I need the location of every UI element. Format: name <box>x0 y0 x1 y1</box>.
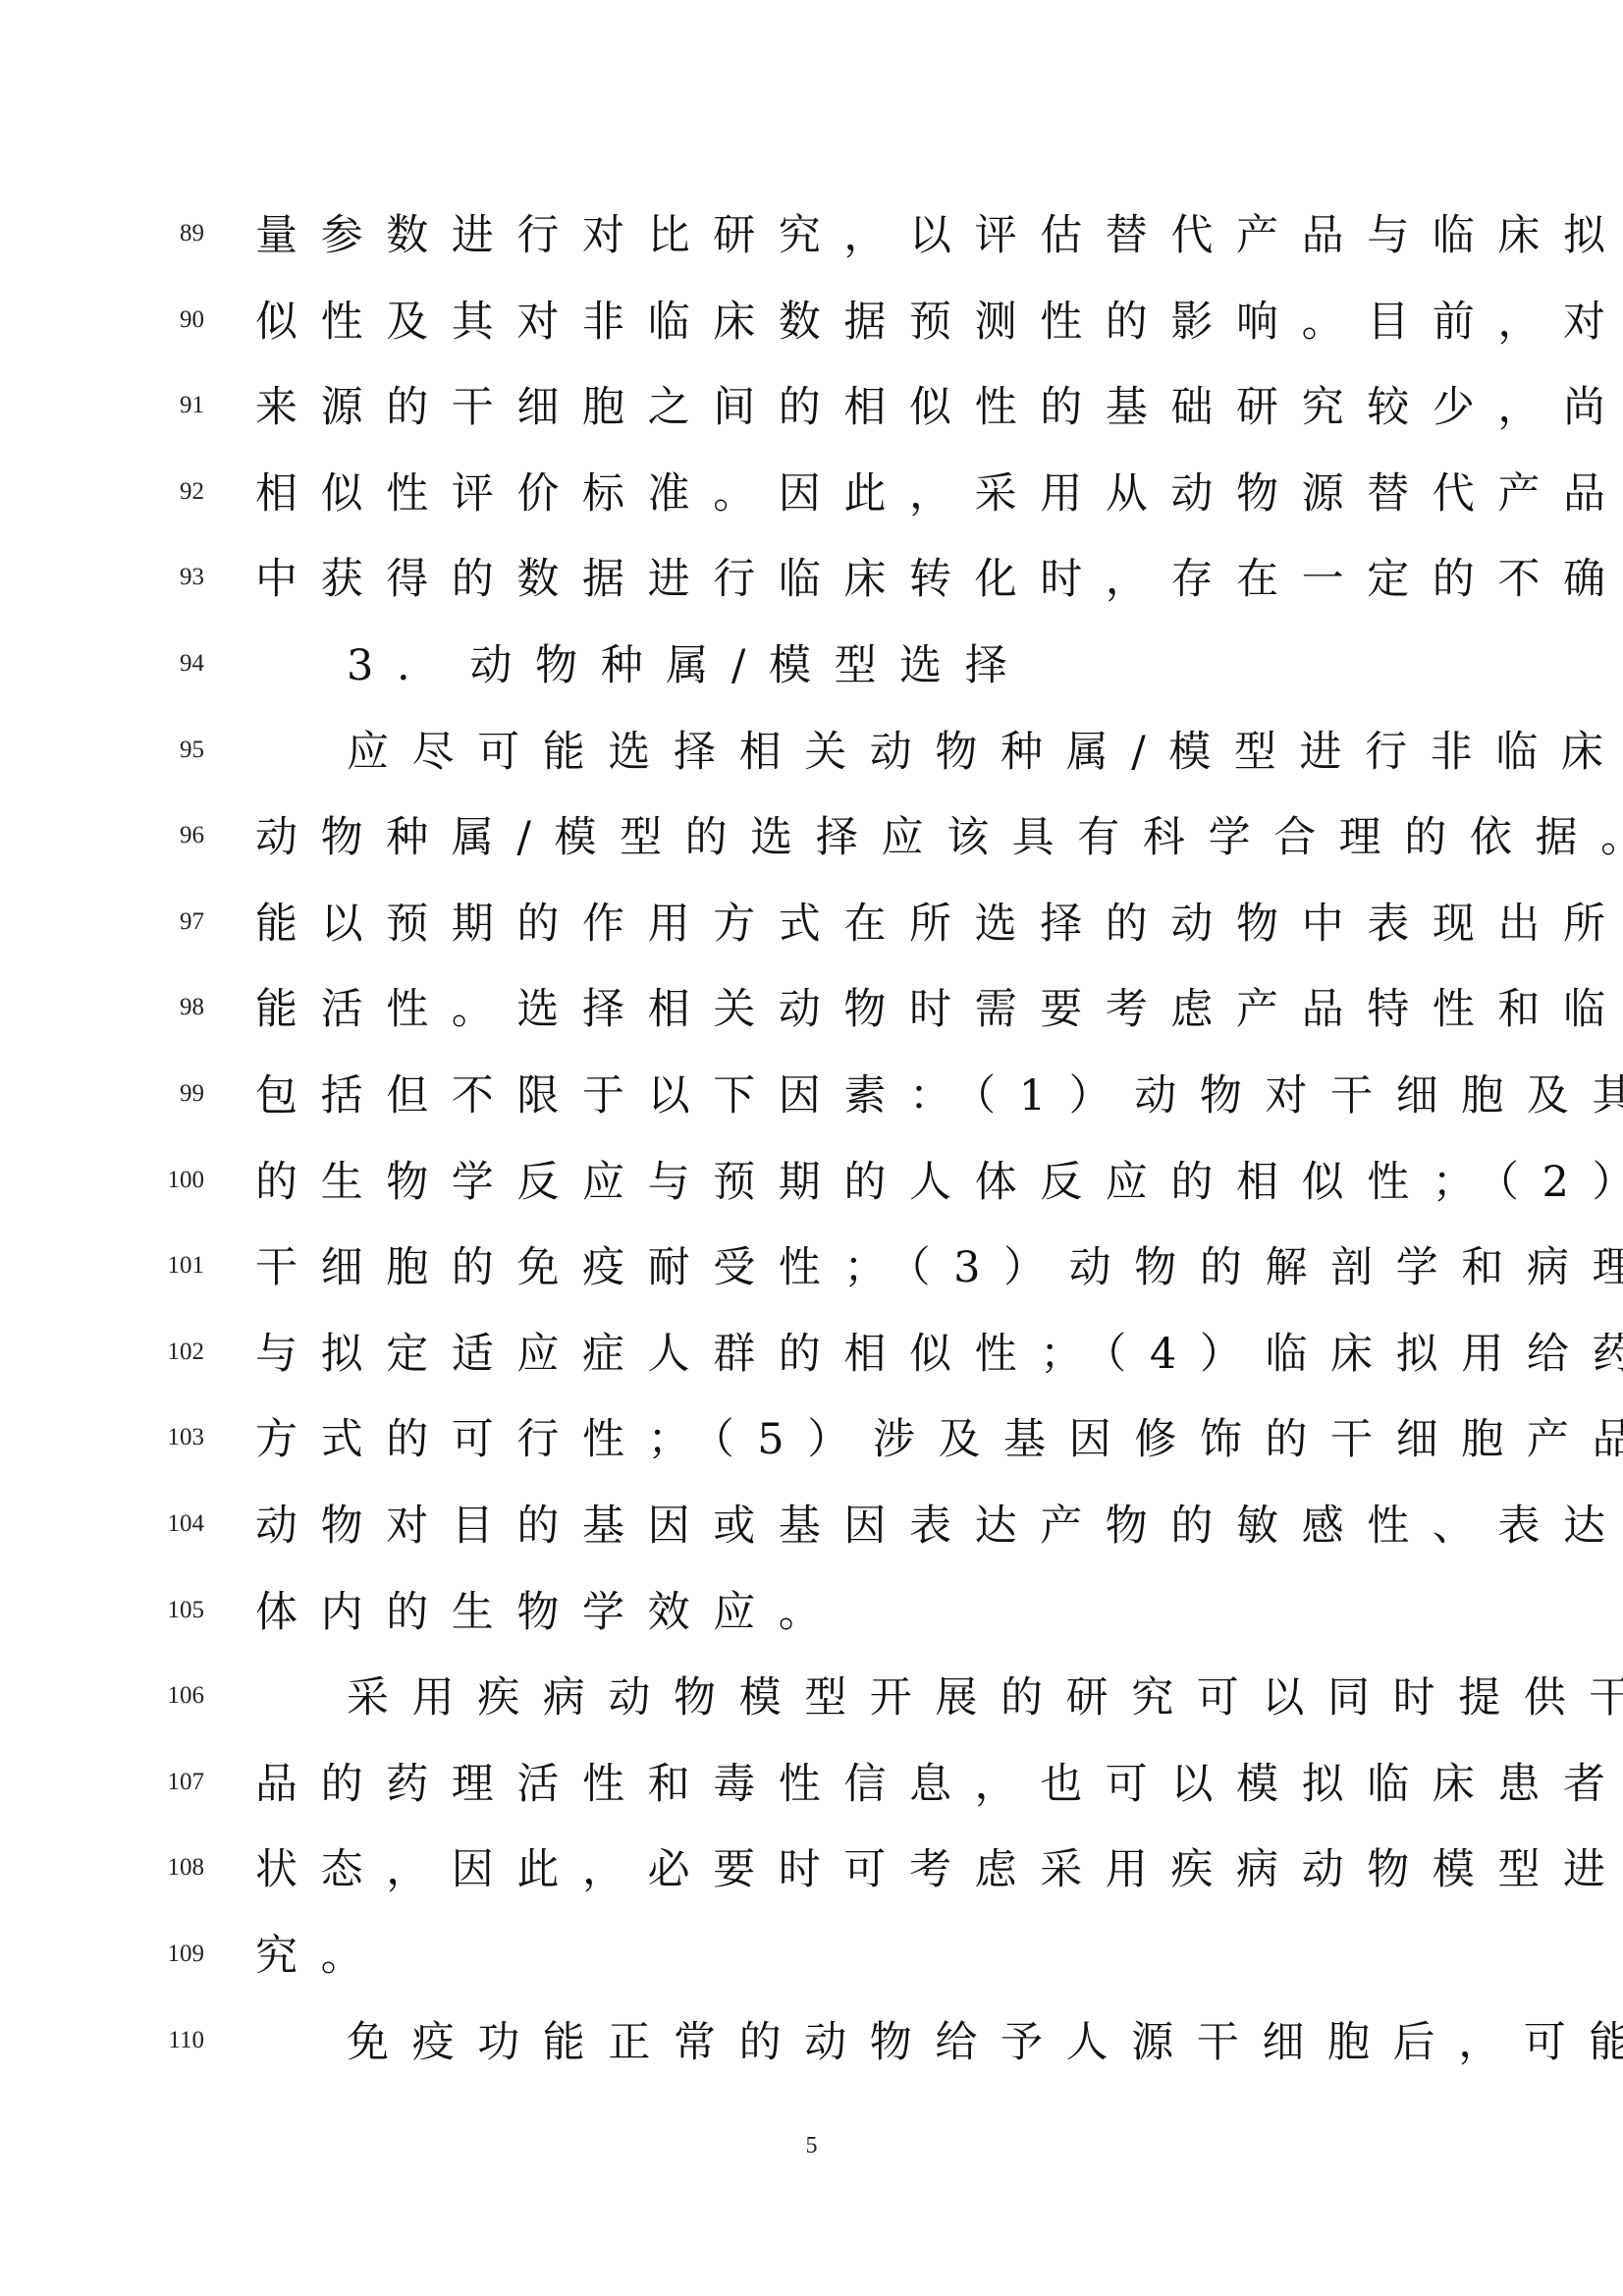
line-number: 90 <box>147 306 204 334</box>
line-text: 应尽可能选择相关动物种属/模型进行非临床体内研究。 <box>347 723 1623 782</box>
line-number: 110 <box>147 2027 204 2054</box>
line-text: 方式的可行性；（5）涉及基因修饰的干细胞产品，还应考虑 <box>255 1410 1623 1469</box>
page-number: 5 <box>0 2133 1623 2159</box>
line-number: 100 <box>147 1167 204 1194</box>
line-text: 免疫功能正常的动物给予人源干细胞后，可能出现免疫 <box>347 2013 1623 2072</box>
document-page: 89量参数进行对比研究，以评估替代产品与临床拟用产品的相90似性及其对非临床数据… <box>0 0 1623 2296</box>
line-number: 92 <box>147 478 204 506</box>
line-number: 107 <box>147 1769 204 1796</box>
line-number: 109 <box>147 1941 204 1968</box>
line-text: 的生物学反应与预期的人体反应的相似性；（2）动物对人源 <box>255 1153 1623 1212</box>
line-text: 采用疾病动物模型开展的研究可以同时提供干细胞产 <box>347 1668 1623 1727</box>
document-line: 98能活性。选择相关动物时需要考虑产品特性和临床拟用情况， <box>0 980 1623 1039</box>
document-line: 91来源的干细胞之间的相似性的基础研究较少，尚缺乏统一的 <box>0 378 1623 437</box>
line-number: 93 <box>147 564 204 591</box>
document-line: 103方式的可行性；（5）涉及基因修饰的干细胞产品，还应考虑 <box>0 1410 1623 1469</box>
line-number: 89 <box>147 220 204 247</box>
line-text: 相似性评价标准。因此，采用从动物源替代产品非临床试验 <box>255 465 1623 523</box>
line-number: 103 <box>147 1424 204 1451</box>
line-number: 98 <box>147 994 204 1021</box>
line-text: 品的药理活性和毒性信息，也可以模拟临床患者的病理生理 <box>255 1755 1623 1814</box>
document-line: 104动物对目的基因或基因表达产物的敏感性、表达产物在动物 <box>0 1497 1623 1556</box>
line-number: 95 <box>147 737 204 764</box>
line-number: 91 <box>147 392 204 419</box>
document-line: 943. 动物种属/模型选择 <box>0 636 1623 695</box>
document-line: 89量参数进行对比研究，以评估替代产品与临床拟用产品的相 <box>0 206 1623 265</box>
line-text: 能活性。选择相关动物时需要考虑产品特性和临床拟用情况， <box>255 980 1623 1039</box>
document-line: 105体内的生物学效应。 <box>0 1583 1623 1642</box>
line-text: 能以预期的作用方式在所选择的动物中表现出所期望的功 <box>255 895 1623 954</box>
line-text: 与拟定适应症人群的相似性；（4）临床拟用给药途径/给药 <box>255 1325 1623 1384</box>
document-line: 93中获得的数据进行临床转化时，存在一定的不确定性。 <box>0 550 1623 609</box>
document-line: 106采用疾病动物模型开展的研究可以同时提供干细胞产 <box>0 1668 1623 1727</box>
line-number: 101 <box>147 1252 204 1280</box>
line-text: 量参数进行对比研究，以评估替代产品与临床拟用产品的相 <box>255 206 1623 265</box>
line-number: 105 <box>147 1597 204 1624</box>
line-text: 3. 动物种属/模型选择 <box>347 636 1030 695</box>
line-number: 96 <box>147 822 204 849</box>
line-text: 包括但不限于以下因素：（1）动物对干细胞及其分化后细胞 <box>255 1066 1623 1125</box>
line-number: 104 <box>147 1510 204 1538</box>
line-number: 106 <box>147 1682 204 1710</box>
line-number: 102 <box>147 1339 204 1366</box>
document-line: 101干细胞的免疫耐受性；（3）动物的解剖学和病理生理学特征 <box>0 1238 1623 1297</box>
document-line: 108状态，因此，必要时可考虑采用疾病动物模型进行非临床研 <box>0 1840 1623 1899</box>
line-number: 94 <box>147 650 204 678</box>
line-text: 状态，因此，必要时可考虑采用疾病动物模型进行非临床研 <box>255 1840 1623 1899</box>
line-text: 似性及其对非临床数据预测性的影响。目前，对于不同种属 <box>255 293 1623 352</box>
document-line: 110免疫功能正常的动物给予人源干细胞后，可能出现免疫 <box>0 2013 1623 2072</box>
document-line: 97能以预期的作用方式在所选择的动物中表现出所期望的功 <box>0 895 1623 954</box>
line-number: 108 <box>147 1854 204 1882</box>
document-line: 107品的药理活性和毒性信息，也可以模拟临床患者的病理生理 <box>0 1755 1623 1814</box>
line-text: 究。 <box>255 1927 386 1986</box>
line-text: 动物种属/模型的选择应该具有科学合理的依据。干细胞应 <box>255 808 1623 867</box>
line-text: 来源的干细胞之间的相似性的基础研究较少，尚缺乏统一的 <box>255 378 1623 437</box>
document-line: 102与拟定适应症人群的相似性；（4）临床拟用给药途径/给药 <box>0 1325 1623 1384</box>
line-text: 中获得的数据进行临床转化时，存在一定的不确定性。 <box>255 550 1623 609</box>
line-number: 97 <box>147 908 204 936</box>
line-text: 动物对目的基因或基因表达产物的敏感性、表达产物在动物 <box>255 1497 1623 1556</box>
document-line: 90似性及其对非临床数据预测性的影响。目前，对于不同种属 <box>0 293 1623 352</box>
document-line: 92相似性评价标准。因此，采用从动物源替代产品非临床试验 <box>0 465 1623 523</box>
line-text: 干细胞的免疫耐受性；（3）动物的解剖学和病理生理学特征 <box>255 1238 1623 1297</box>
line-text: 体内的生物学效应。 <box>255 1583 843 1642</box>
document-line: 100的生物学反应与预期的人体反应的相似性；（2）动物对人源 <box>0 1153 1623 1212</box>
document-line: 109究。 <box>0 1927 1623 1986</box>
document-line: 99包括但不限于以下因素：（1）动物对干细胞及其分化后细胞 <box>0 1066 1623 1125</box>
document-line: 95应尽可能选择相关动物种属/模型进行非临床体内研究。 <box>0 723 1623 782</box>
document-line: 96动物种属/模型的选择应该具有科学合理的依据。干细胞应 <box>0 808 1623 867</box>
line-number: 99 <box>147 1080 204 1108</box>
